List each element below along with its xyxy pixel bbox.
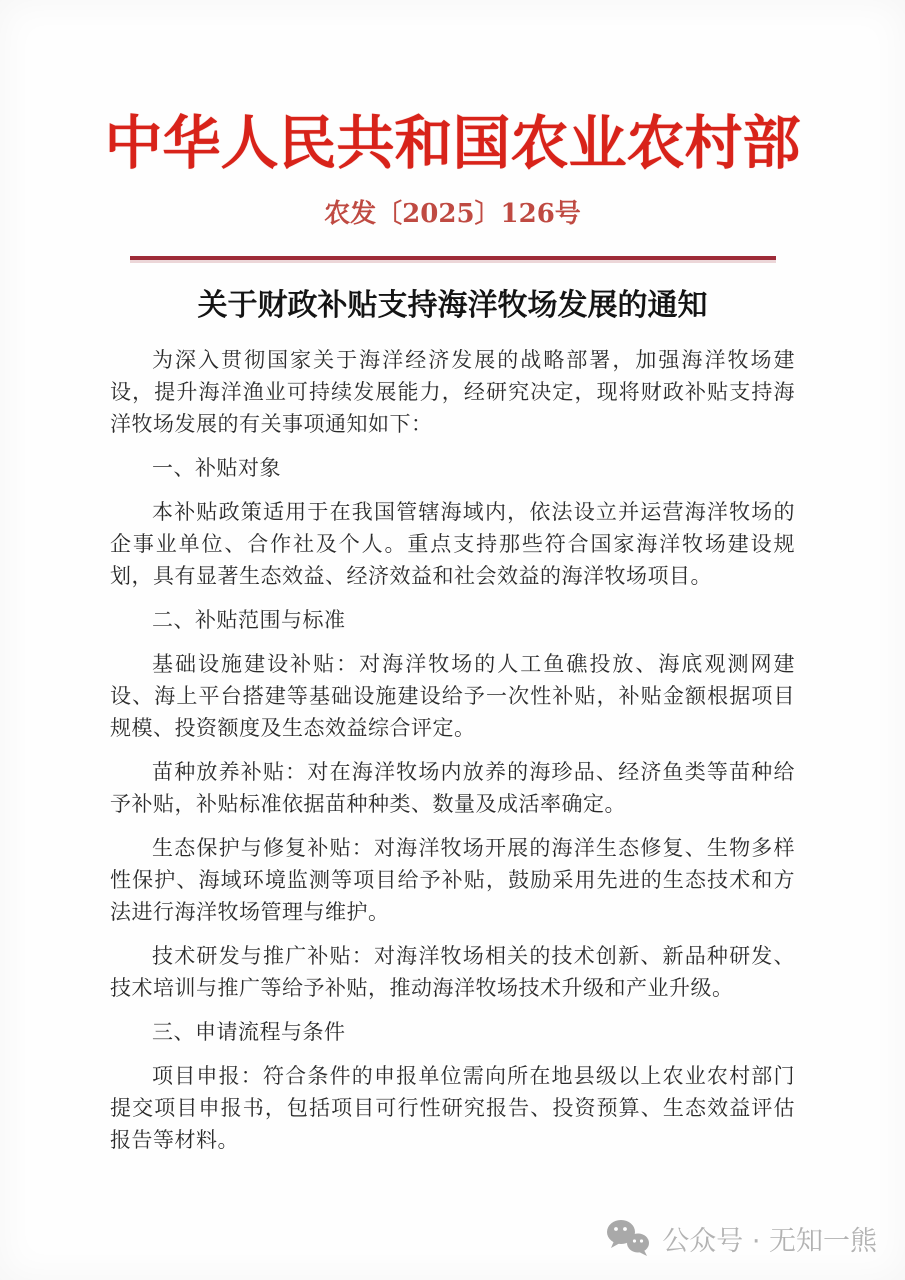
wechat-icon	[604, 1218, 652, 1258]
watermark-text: 公众号 · 无知一熊	[662, 1219, 877, 1258]
paragraph-infrastructure-subsidy: 基础设施建设补贴：对海洋牧场的人工鱼礁投放、海底观测网建设、海上平台搭建等基础设…	[110, 648, 795, 744]
document-number: 农发〔2025〕126号	[0, 198, 905, 230]
letterhead-divider-rule	[130, 256, 776, 260]
section-heading-2: 二、补贴范围与标准	[110, 604, 795, 636]
issuing-authority-letterhead: 中华人民共和国农业农村部	[0, 0, 905, 184]
paragraph-seedling-subsidy: 苗种放养补贴：对在海洋牧场内放养的海珍品、经济鱼类等苗种给予补贴，补贴标准依据苗…	[110, 756, 795, 820]
paragraph-tech-subsidy: 技术研发与推广补贴：对海洋牧场相关的技术创新、新品种研发、技术培训与推广等给予补…	[110, 940, 795, 1004]
paragraph-eligibility: 本补贴政策适用于在我国管辖海域内，依法设立并运营海洋牧场的企事业单位、合作社及个…	[110, 496, 795, 592]
document-body: 为深入贯彻国家关于海洋经济发展的战略部署，加强海洋牧场建设，提升海洋渔业可持续发…	[0, 326, 905, 1156]
section-heading-3: 三、申请流程与条件	[110, 1016, 795, 1048]
paragraph-ecology-subsidy: 生态保护与修复补贴：对海洋牧场开展的海洋生态修复、生物多样性保护、海域环境监测等…	[110, 832, 795, 928]
paragraph-application: 项目申报：符合条件的申报单位需向所在地县级以上农业农村部门提交项目申报书，包括项…	[110, 1060, 795, 1156]
section-heading-1: 一、补贴对象	[110, 452, 795, 484]
paragraph-intro: 为深入贯彻国家关于海洋经济发展的战略部署，加强海洋牧场建设，提升海洋渔业可持续发…	[110, 344, 795, 440]
watermark: 公众号 · 无知一熊	[604, 1218, 877, 1258]
official-document-page: 中华人民共和国农业农村部 农发〔2025〕126号 关于财政补贴支持海洋牧场发展…	[0, 0, 905, 1280]
document-title: 关于财政补贴支持海洋牧场发展的通知	[0, 286, 905, 326]
